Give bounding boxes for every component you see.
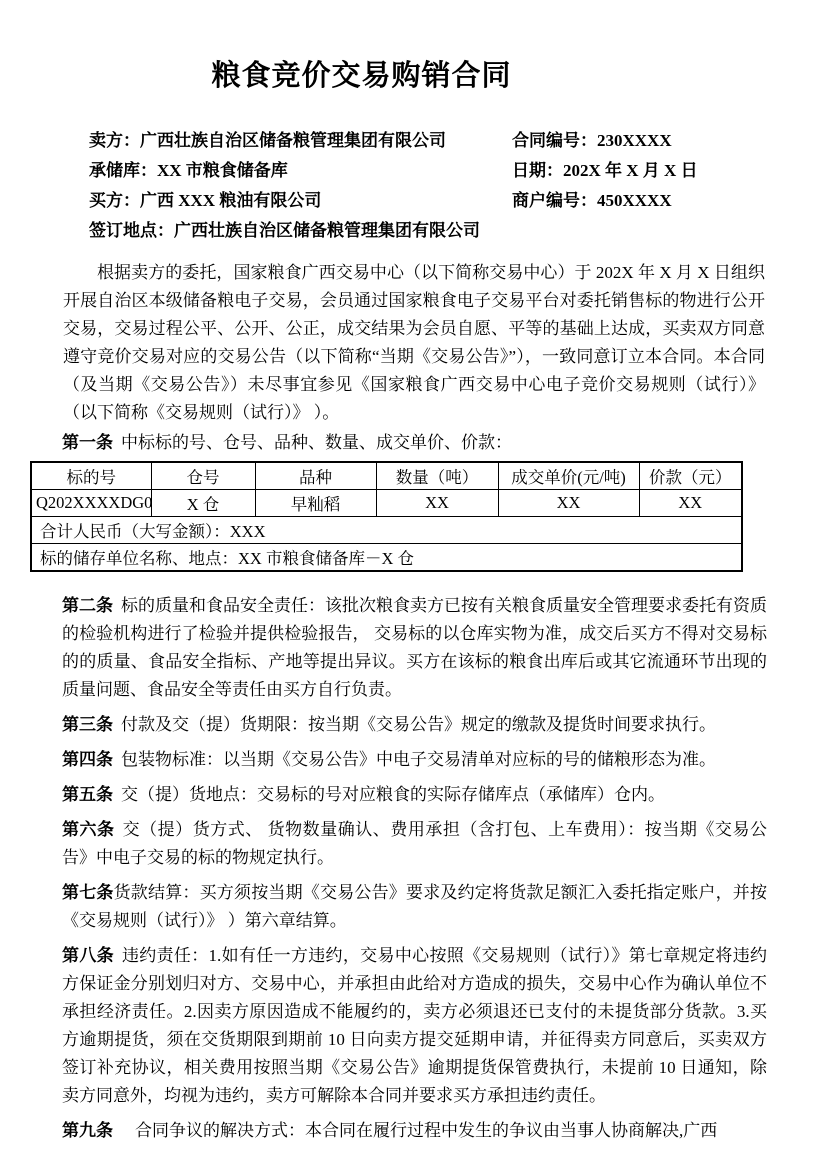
- section-4-number: 第四条: [62, 750, 113, 769]
- storage-warehouse: 承储库：XX 市粮食储备库: [89, 156, 512, 186]
- bid-table-data-row: Q202XXXXDG001 X 仓 早籼稻 XX XX XX: [31, 490, 742, 517]
- section-3-text: 付款及交（提）货期限：按当期《交易公告》规定的缴款及提货时间要求执行。: [121, 715, 716, 734]
- section-4: 第四条包装物标准：以当期《交易公告》中电子交易清单对应标的号的储粮形态为准。: [62, 746, 767, 774]
- bid-table-storage-row: 标的储存单位名称、地点：XX 市粮食储备库－X 仓: [31, 544, 742, 572]
- contract-date: 日期：202X 年 X 月 X 日: [512, 156, 787, 186]
- section-1: 第一条中标标的号、仓号、品种、数量、成交单价、价款：: [62, 429, 767, 457]
- intro-paragraph: 根据卖方的委托，国家粮食广西交易中心（以下简称交易中心）于 202X 年 X 月…: [63, 259, 765, 427]
- contract-number: 合同编号：230XXXX: [512, 126, 787, 156]
- col-header-lot-number: 标的号: [31, 462, 151, 490]
- cell-quantity: XX: [376, 490, 498, 517]
- section-8-number: 第八条: [62, 946, 114, 965]
- section-8: 第八条违约责任：1.如有任一方违约，交易中心按照《交易规则（试行）》第七章规定将…: [62, 942, 767, 1110]
- section-7-number: 第七条: [62, 883, 114, 902]
- section-2: 第二条标的质量和食品安全责任：该批次粮食卖方已按有关粮食质量安全管理要求委托有资…: [62, 592, 767, 704]
- section-1-text: 中标标的号、仓号、品种、数量、成交单价、价款：: [121, 433, 512, 452]
- header-row-buyer: 买方：广西 XXX 粮油有限公司 商户编号：450XXXX: [89, 186, 787, 216]
- section-5-number: 第五条: [62, 785, 113, 804]
- header-row-warehouse: 承储库：XX 市粮食储备库 日期：202X 年 X 月 X 日: [89, 156, 787, 186]
- section-3: 第三条付款及交（提）货期限：按当期《交易公告》规定的缴款及提货时间要求执行。: [62, 711, 767, 739]
- section-7: 第七条货款结算：买方须按当期《交易公告》要求及约定将货款足额汇入委托指定账户，并…: [62, 879, 767, 935]
- cell-total-price: XX: [639, 490, 742, 517]
- section-3-number: 第三条: [62, 715, 113, 734]
- bid-table-total-row: 合计人民币（大写金额）：XXX: [31, 517, 742, 544]
- section-4-text: 包装物标准：以当期《交易公告》中电子交易清单对应标的号的储粮形态为准。: [121, 750, 716, 769]
- col-header-quantity: 数量（吨）: [376, 462, 498, 490]
- section-9-number: 第九条: [62, 1121, 113, 1140]
- section-9: 第九条合同争议的解决方式：本合同在履行过程中发生的争议由当事人协商解决,广西: [62, 1117, 767, 1145]
- cell-lot-number: Q202XXXXDG001: [31, 490, 151, 517]
- contract-document: 粮食竞价交易购销合同 卖方：广西壮族自治区储备粮管理集团有限公司 合同编号：23…: [0, 0, 827, 1169]
- section-9-text: 合同争议的解决方式：本合同在履行过程中发生的争议由当事人协商解决,广西: [135, 1121, 717, 1140]
- contract-clauses: 第二条标的质量和食品安全责任：该批次粮食卖方已按有关粮食质量安全管理要求委托有资…: [0, 592, 827, 1145]
- section-2-number: 第二条: [62, 596, 113, 615]
- total-amount-in-words: 合计人民币（大写金额）：XXX: [31, 517, 742, 544]
- section-6-number: 第六条: [62, 820, 115, 839]
- storage-unit-location: 标的储存单位名称、地点：XX 市粮食储备库－X 仓: [31, 544, 742, 572]
- col-header-variety: 品种: [255, 462, 376, 490]
- header-right-empty: [512, 216, 787, 246]
- section-6: 第六条交（提）货方式、 货物数量确认、费用承担（含打包、上车费用）：按当期《交易…: [62, 816, 767, 872]
- seller-label: 卖方：广西壮族自治区储备粮管理集团有限公司: [89, 126, 512, 156]
- col-header-total-price: 价款（元）: [639, 462, 742, 490]
- merchant-number: 商户编号：450XXXX: [512, 186, 787, 216]
- bid-table-header-row: 标的号 仓号 品种 数量（吨） 成交单价(元/吨) 价款（元）: [31, 462, 742, 490]
- cell-bin-number: X 仓: [151, 490, 255, 517]
- section-8-text: 违约责任：1.如有任一方违约，交易中心按照《交易规则（试行）》第七章规定将违约方…: [62, 946, 767, 1105]
- bid-table: 标的号 仓号 品种 数量（吨） 成交单价(元/吨) 价款（元） Q202XXXX…: [30, 461, 743, 572]
- section-5: 第五条交（提）货地点：交易标的号对应粮食的实际存储库点（承储库）仓内。: [62, 781, 767, 809]
- col-header-bin-number: 仓号: [151, 462, 255, 490]
- section-2-text: 标的质量和食品安全责任：该批次粮食卖方已按有关粮食质量安全管理要求委托有资质的检…: [62, 596, 767, 699]
- contract-header: 卖方：广西壮族自治区储备粮管理集团有限公司 合同编号：230XXXX 承储库：X…: [89, 126, 787, 246]
- cell-unit-price: XX: [498, 490, 639, 517]
- section-1-number: 第一条: [62, 433, 113, 452]
- section-6-text: 交（提）货方式、 货物数量确认、费用承担（含打包、上车费用）：按当期《交易公告》…: [62, 820, 767, 867]
- buyer-label: 买方：广西 XXX 粮油有限公司: [89, 186, 512, 216]
- header-row-signing-place: 签订地点：广西壮族自治区储备粮管理集团有限公司: [89, 216, 787, 246]
- signing-place: 签订地点：广西壮族自治区储备粮管理集团有限公司: [89, 216, 512, 246]
- col-header-unit-price: 成交单价(元/吨): [498, 462, 639, 490]
- section-7-text: 货款结算：买方须按当期《交易公告》要求及约定将货款足额汇入委托指定账户，并按《交…: [62, 883, 767, 930]
- cell-variety: 早籼稻: [255, 490, 376, 517]
- section-5-text: 交（提）货地点：交易标的号对应粮食的实际存储库点（承储库）仓内。: [121, 785, 665, 804]
- header-row-seller: 卖方：广西壮族自治区储备粮管理集团有限公司 合同编号：230XXXX: [89, 126, 787, 156]
- document-title: 粮食竞价交易购销合同: [0, 0, 775, 96]
